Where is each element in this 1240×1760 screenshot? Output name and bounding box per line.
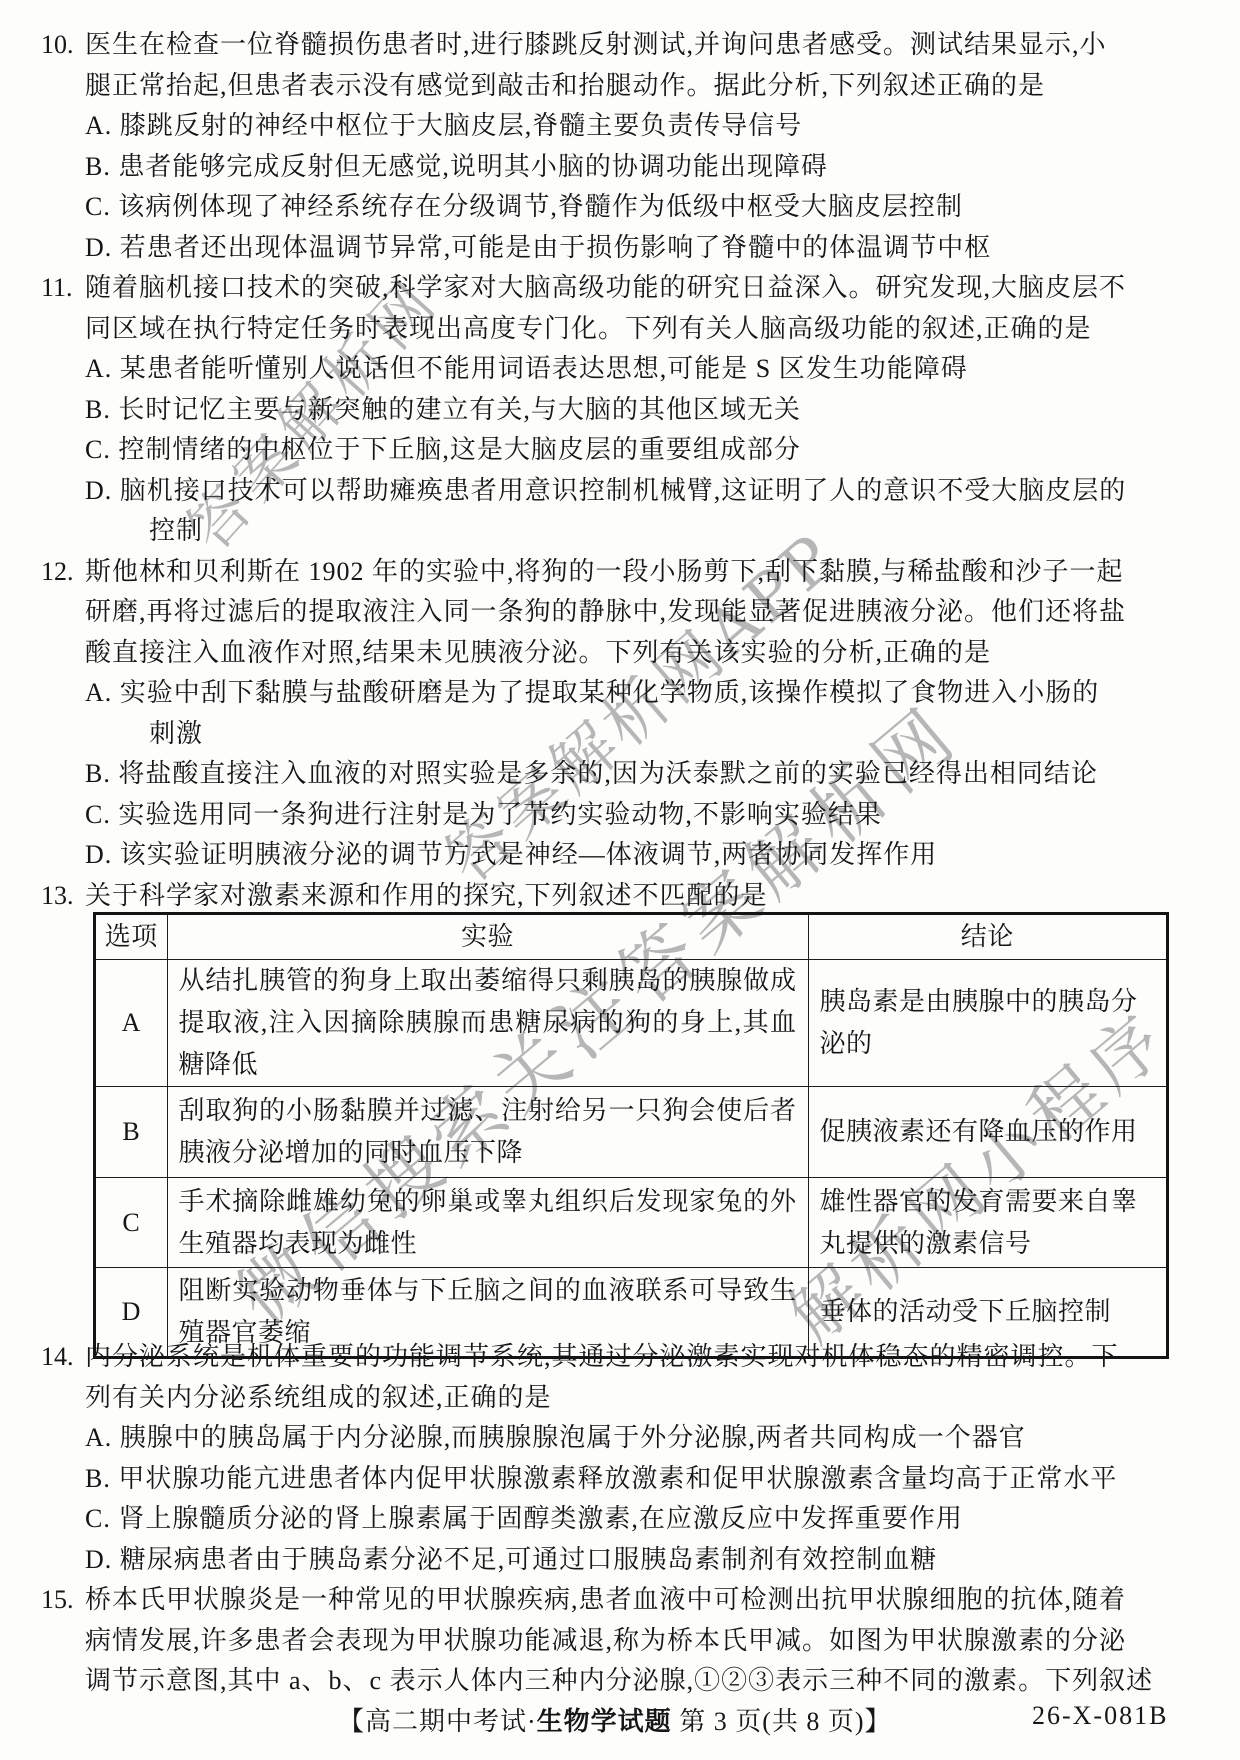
question-line: 15.桥本氏甲状腺炎是一种常见的甲状腺疾病,患者血液中可检测出抗甲状腺细胞的抗体… [85,1580,1203,1621]
question-text: 桥本氏甲状腺炎是一种常见的甲状腺疾病,患者血液中可检测出抗甲状腺细胞的抗体,随着 [85,1585,1126,1614]
option-line-b: B. 长时记忆主要与新突触的建立有关,与大脑的其他区域无关 [85,390,1203,431]
question-line: 列有关内分泌系统组成的叙述,正确的是 [85,1378,1203,1419]
table-cell-conclusion: 雄性器官的发育需要来自睾丸提供的激素信号 [808,1178,1167,1268]
footer-subject: 生物学试题 [537,1706,672,1736]
option-line-a: A. 某患者能听懂别人说话但不能用词语表达思想,可能是 S 区发生功能障碍 [85,349,1203,390]
option-line-c: C. 该病例体现了神经系统存在分级调节,脊髓作为低级中枢受大脑皮层控制 [85,187,1203,228]
question-line: 11.随着脑机接口技术的突破,科学家对大脑高级功能的研究日益深入。研究发现,大脑… [85,268,1203,309]
table-header-experiment: 实验 [167,914,808,960]
question-number: 14. [41,1337,85,1378]
option-line-d: D. 脑机接口技术可以帮助瘫痪患者用意识控制机械臂,这证明了人的意识不受大脑皮层… [85,471,1203,512]
option-line-a: A. 胰腺中的胰岛属于内分泌腺,而胰腺腺泡属于外分泌腺,两者共同构成一个器官 [85,1418,1203,1459]
footer-page-info: 第 3 页(共 8 页)】 [672,1707,892,1736]
table-cell-option: A [95,960,167,1087]
question-line: 13.关于科学家对激素来源和作用的探究,下列叙述不匹配的是 [85,876,1203,917]
option-line-d-cont: 控制 [85,511,1203,552]
option-line-a-cont: 刺激 [85,714,1203,755]
table-cell-option: B [95,1087,167,1178]
questions-block-upper: 10.医生在检查一位脊髓损伤患者时,进行膝跳反射测试,并询问患者感受。测试结果显… [85,25,1203,916]
question-line: 腿正常抬起,但患者表示没有感觉到敲击和抬腿动作。据此分析,下列叙述正确的是 [85,66,1203,107]
option-line-c: C. 控制情绪的中枢位于下丘脑,这是大脑皮层的重要组成部分 [85,430,1203,471]
table-cell-experiment: 从结扎胰管的狗身上取出萎缩得只剩胰岛的胰腺做成提取液,注入因摘除胰腺而患糖尿病的… [167,960,808,1087]
question-line: 研磨,再将过滤后的提取液注入同一条狗的静脉中,发现能显著促进胰液分泌。他们还将盐 [85,592,1203,633]
footer-exam-prefix: 【高二期中考试· [338,1707,537,1736]
table-header-conclusion: 结论 [808,914,1167,960]
question-text: 斯他林和贝利斯在 1902 年的实验中,将狗的一段小肠剪下,刮下黏膜,与稀盐酸和… [85,557,1124,586]
question-line: 12.斯他林和贝利斯在 1902 年的实验中,将狗的一段小肠剪下,刮下黏膜,与稀… [85,552,1203,593]
table-row: B 刮取狗的小肠黏膜并过滤、注射给另一只狗会使后者胰液分泌增加的同时血压下降 促… [95,1087,1167,1178]
option-line-d: D. 若患者还出现体温调节异常,可能是由于损伤影响了脊髓中的体温调节中枢 [85,228,1203,269]
question-number: 10. [41,25,85,66]
question-line: 病情发展,许多患者会表现为甲状腺功能减退,称为桥本氏甲减。如图为甲状腺激素的分泌 [85,1621,1203,1662]
option-line-d: D. 该实验证明胰液分泌的调节方式是神经—体液调节,两者协同发挥作用 [85,835,1203,876]
exam-paper-page: 答案解析网 答案解析网APP 微信搜索关注答案解析网 解析网小程序 10.医生在… [0,0,1240,1760]
question-number: 13. [41,876,85,917]
question-text: 随着脑机接口技术的突破,科学家对大脑高级功能的研究日益深入。研究发现,大脑皮层不 [85,273,1126,302]
option-line-c: C. 实验选用同一条狗进行注射是为了节约实验动物,不影响实验结果 [85,795,1203,836]
option-line-d: D. 糖尿病患者由于胰岛素分泌不足,可通过口服胰岛素制剂有效控制血糖 [85,1540,1203,1581]
question-number: 15. [41,1580,85,1621]
table-cell-experiment: 手术摘除雌雄幼兔的卵巢或睾丸组织后发现家兔的外生殖器均表现为雌性 [167,1178,808,1268]
question-text: 内分泌系统是机体重要的功能调节系统,其通过分泌激素实现对机体稳态的精密调控。下 [85,1342,1119,1371]
table-cell-conclusion: 胰岛素是由胰腺中的胰岛分泌的 [808,960,1167,1087]
table-cell-option: C [95,1178,167,1268]
table-cell-conclusion: 促胰液素还有降血压的作用 [808,1087,1167,1178]
option-line-b: B. 将盐酸直接注入血液的对照实验是多余的,因为沃泰默之前的实验已经得出相同结论 [85,754,1203,795]
question-number: 12. [41,552,85,593]
question-line: 10.医生在检查一位脊髓损伤患者时,进行膝跳反射测试,并询问患者感受。测试结果显… [85,25,1203,66]
table-cell-experiment: 刮取狗的小肠黏膜并过滤、注射给另一只狗会使后者胰液分泌增加的同时血压下降 [167,1087,808,1178]
option-line-b: B. 患者能够完成反射但无感觉,说明其小脑的协调功能出现障碍 [85,147,1203,188]
option-line-c: C. 肾上腺髓质分泌的肾上腺素属于固醇类激素,在应激反应中发挥重要作用 [85,1499,1203,1540]
table-row: C 手术摘除雌雄幼兔的卵巢或睾丸组织后发现家兔的外生殖器均表现为雌性 雄性器官的… [95,1178,1167,1268]
paper-code: 26-X-081B [1032,1701,1168,1731]
option-line-a: A. 实验中刮下黏膜与盐酸研磨是为了提取某种化学物质,该操作模拟了食物进入小肠的 [85,673,1203,714]
table-row: A 从结扎胰管的狗身上取出萎缩得只剩胰岛的胰腺做成提取液,注入因摘除胰腺而患糖尿… [95,960,1167,1087]
table-header-option: 选项 [95,914,167,960]
question-text: 医生在检查一位脊髓损伤患者时,进行膝跳反射测试,并询问患者感受。测试结果显示,小 [85,30,1107,59]
option-line-b: B. 甲状腺功能亢进患者体内促甲状腺激素释放激素和促甲状腺激素含量均高于正常水平 [85,1459,1203,1500]
question-text: 关于科学家对激素来源和作用的探究,下列叙述不匹配的是 [85,881,768,910]
question-number: 11. [41,268,85,309]
questions-block-lower: 14.内分泌系统是机体重要的功能调节系统,其通过分泌激素实现对机体稳态的精密调控… [85,1337,1203,1702]
question-line: 调节示意图,其中 a、b、c 表示人体内三种内分泌腺,①②③表示三种不同的激素。… [85,1661,1203,1702]
question-line: 同区域在执行特定任务时表现出高度专门化。下列有关人脑高级功能的叙述,正确的是 [85,309,1203,350]
page-footer: 【高二期中考试·生物学试题 第 3 页(共 8 页)】 [338,1701,892,1738]
question-line: 酸直接注入血液作对照,结果未见胰液分泌。下列有关该实验的分析,正确的是 [85,633,1203,674]
question-line: 14.内分泌系统是机体重要的功能调节系统,其通过分泌激素实现对机体稳态的精密调控… [85,1337,1203,1378]
option-line-a: A. 膝跳反射的神经中枢位于大脑皮层,脊髓主要负责传导信号 [85,106,1203,147]
q13-experiment-table: 选项 实验 结论 A 从结扎胰管的狗身上取出萎缩得只剩胰岛的胰腺做成提取液,注入… [94,913,1168,1358]
